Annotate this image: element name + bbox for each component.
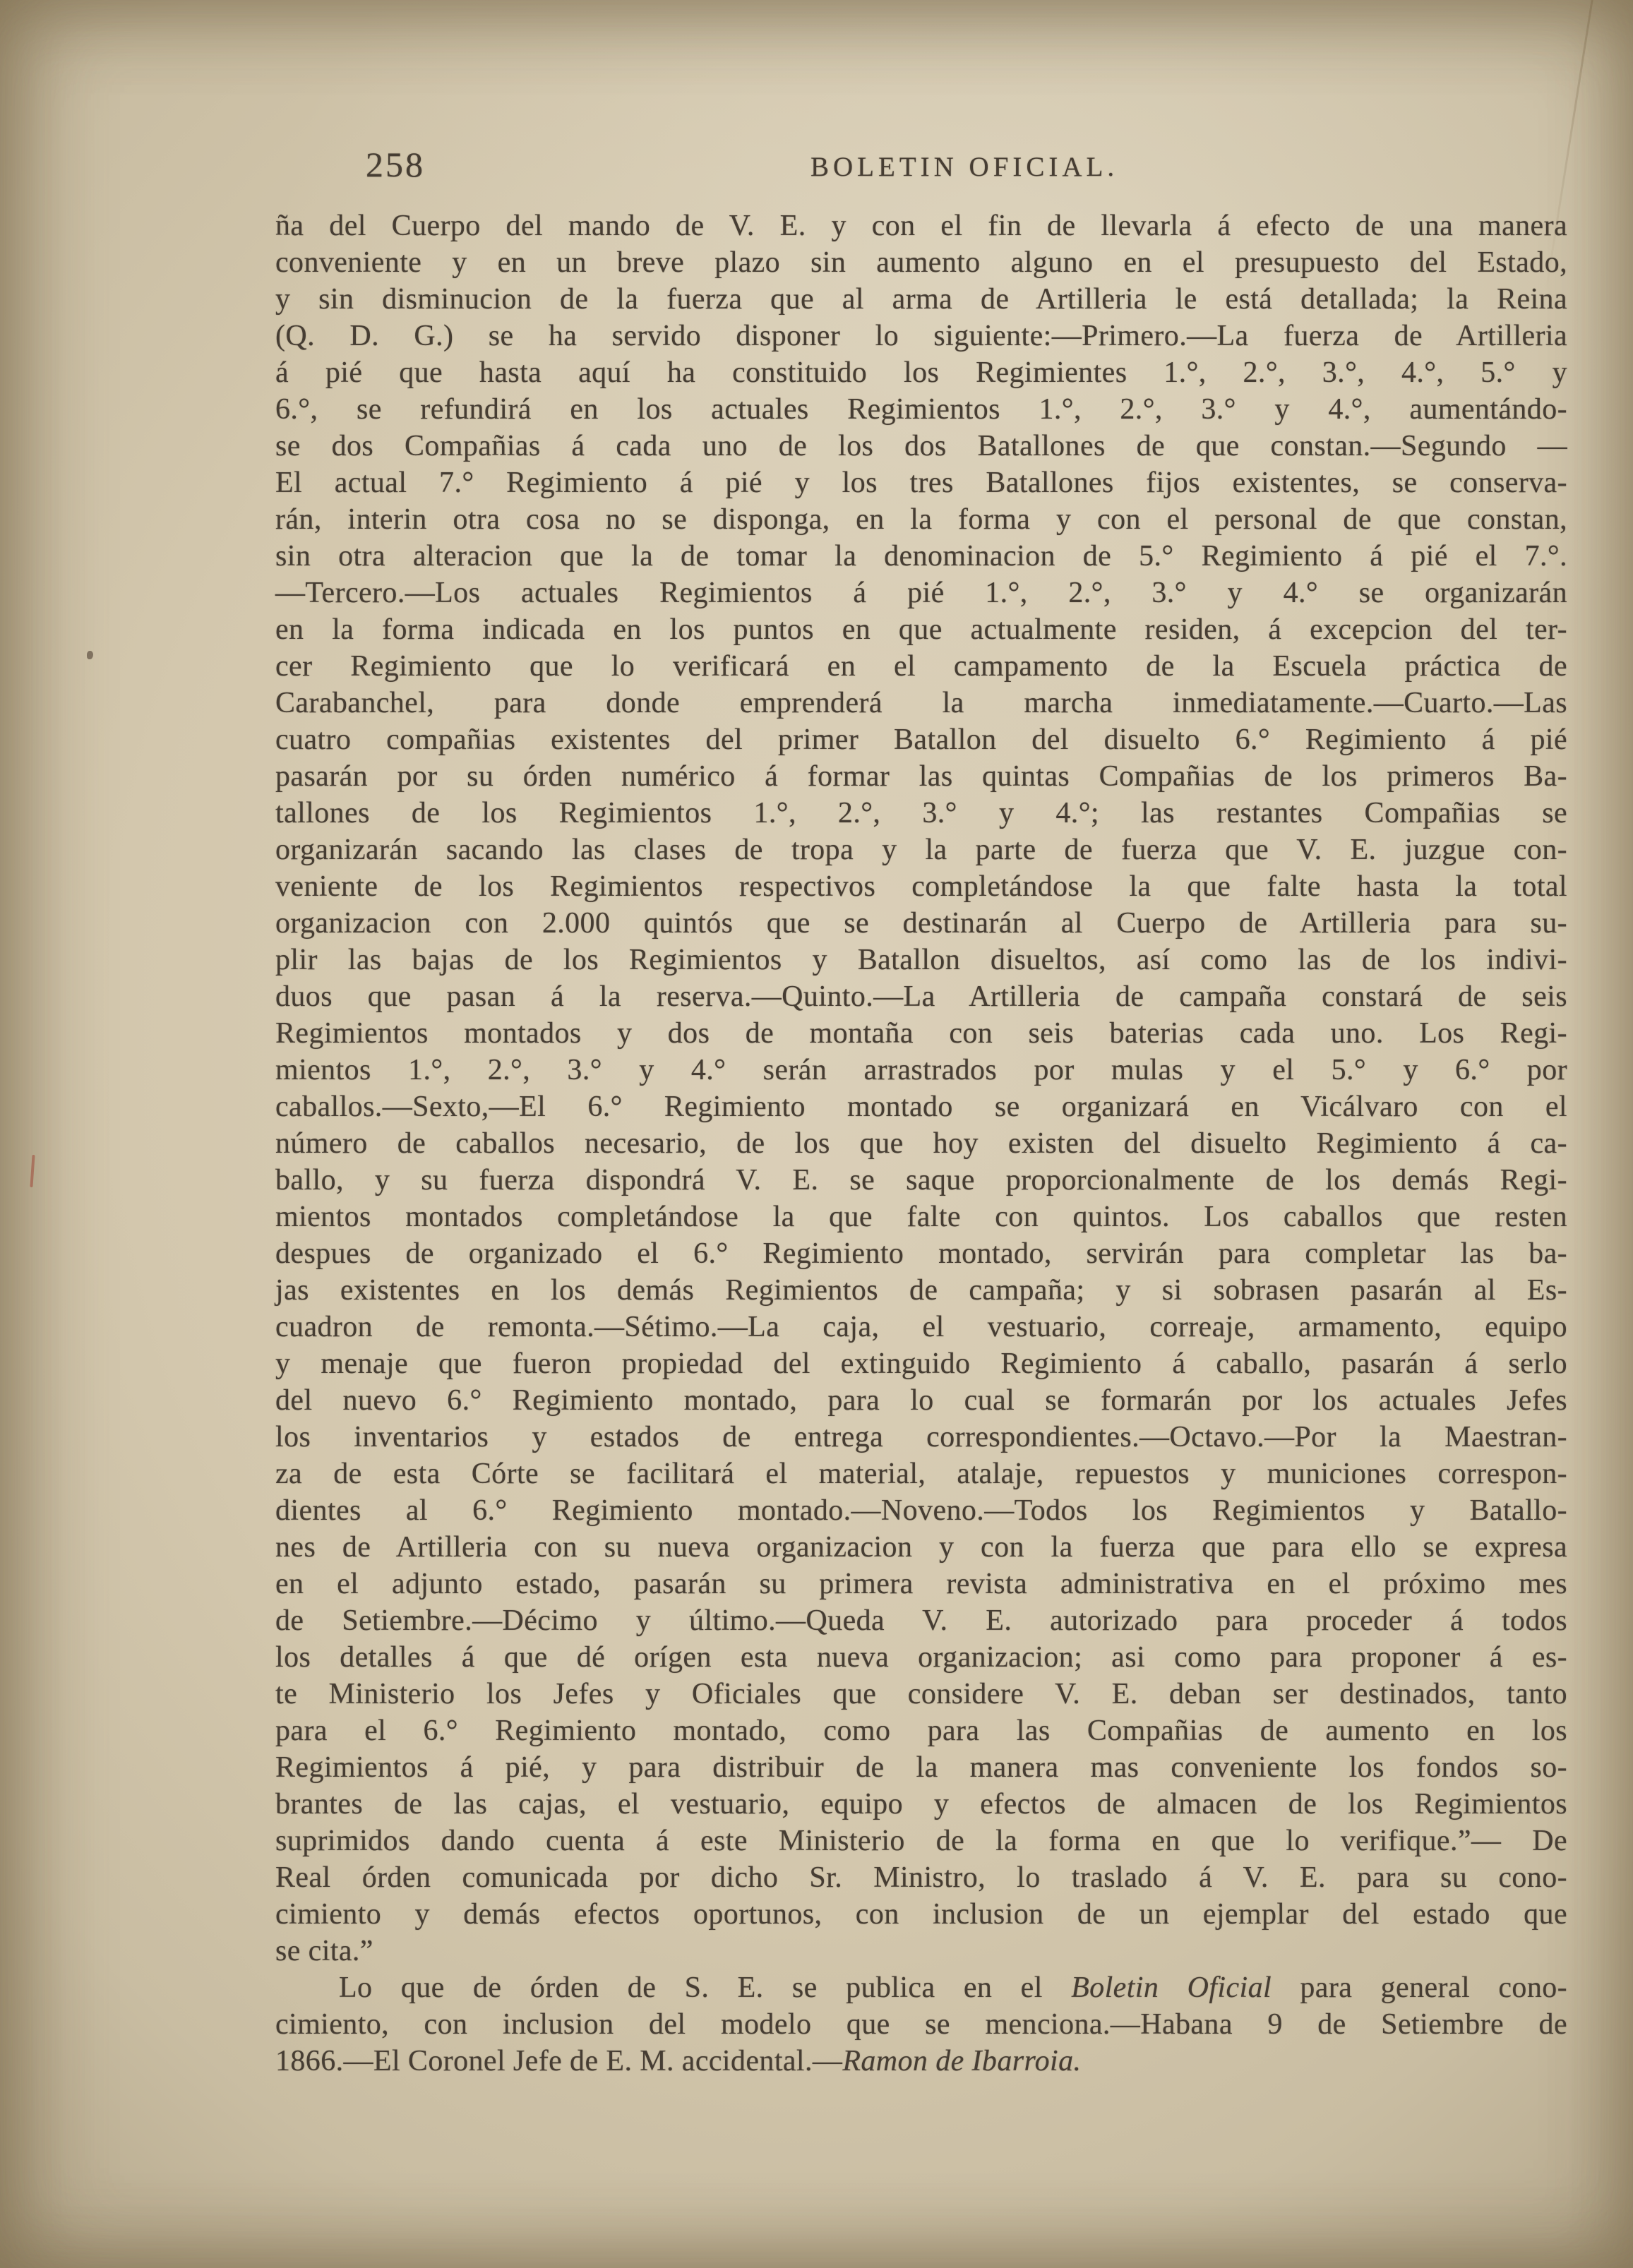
- text-line: sin otra alteracion que la de tomar la d…: [275, 538, 1567, 575]
- text-line: se dos Compañias á cada uno de los dos B…: [275, 428, 1567, 464]
- text-line: los detalles á que dé orígen esta nueva …: [275, 1639, 1567, 1676]
- page-title: BOLETIN OFICIAL.: [810, 151, 1118, 183]
- text-line: se cita.”: [275, 1933, 1567, 1969]
- text-line: ballo, y su fuerza dispondrá V. E. se sa…: [275, 1162, 1567, 1199]
- document-page: 258 BOLETIN OFICIAL. ña del Cuerpo del m…: [0, 0, 1633, 2268]
- text-line: brantes de las cajas, el vestuario, equi…: [275, 1786, 1567, 1823]
- text-line: jas existentes en los demás Regimientos …: [275, 1272, 1567, 1309]
- text-line: Carabanchel, para donde emprenderá la ma…: [275, 685, 1567, 721]
- text-line: mientos 1.°, 2.°, 3.° y 4.° serán arrast…: [275, 1052, 1567, 1088]
- text-line: nes de Artilleria con su nueva organizac…: [275, 1529, 1567, 1566]
- text-line: los inventarios y estados de entrega cor…: [275, 1419, 1567, 1456]
- text-line: en la forma indicada en los puntos en qu…: [275, 611, 1567, 648]
- text-line: pasarán por su órden numérico á formar l…: [275, 758, 1567, 795]
- closing-line-3: 1866.—El Coronel Jefe de E. M. accidenta…: [275, 2043, 1567, 2080]
- text-line: cuatro compañias existentes del primer B…: [275, 721, 1567, 758]
- text-line: Regimientos á pié, y para distribuir de …: [275, 1749, 1567, 1786]
- text-line: á pié que hasta aquí ha constituido los …: [275, 354, 1567, 391]
- text-line: El actual 7.° Regimiento á pié y los tre…: [275, 464, 1567, 501]
- text-line: rán, interin otra cosa no se disponga, e…: [275, 501, 1567, 538]
- main-paragraph: ña del Cuerpo del mando de V. E. y con e…: [275, 208, 1567, 1969]
- text-line: número de caballos necesario, de los que…: [275, 1125, 1567, 1162]
- text-line: y menaje que fueron propiedad del exting…: [275, 1345, 1567, 1382]
- text-line: duos que pasan á la reserva.—Quinto.—La …: [275, 978, 1567, 1015]
- text-line: conveniente y en un breve plazo sin aume…: [275, 244, 1567, 281]
- page-number: 258: [366, 144, 425, 185]
- text-line: za de esta Córte se facilitará el materi…: [275, 1456, 1567, 1492]
- text-line: ña del Cuerpo del mando de V. E. y con e…: [275, 208, 1567, 244]
- text-line: para el 6.° Regimiento montado, como par…: [275, 1712, 1567, 1749]
- text-line: suprimidos dando cuenta á este Ministeri…: [275, 1823, 1567, 1859]
- text-line: plir las bajas de los Regimientos y Bata…: [275, 942, 1567, 978]
- body-text: ña del Cuerpo del mando de V. E. y con e…: [275, 208, 1567, 2080]
- text-line: y sin disminucion de la fuerza que al ar…: [275, 281, 1567, 318]
- closing-line-2: cimiento, con inclusion del modelo que s…: [275, 2006, 1567, 2043]
- closing-text-post: para general cono-: [1272, 1972, 1567, 2004]
- closing-date-text: 1866.—El Coronel Jefe de E. M. accidenta…: [275, 2045, 842, 2077]
- text-line: cuadron de remonta.—Sétimo.—La caja, el …: [275, 1309, 1567, 1345]
- text-line: de Setiembre.—Décimo y último.—Queda V. …: [275, 1602, 1567, 1639]
- text-line: veniente de los Regimientos respectivos …: [275, 868, 1567, 905]
- text-line: Real órden comunicada por dicho Sr. Mini…: [275, 1859, 1567, 1896]
- text-line: cer Regimiento que lo verificará en el c…: [275, 648, 1567, 685]
- text-line: Regimientos montados y dos de montaña co…: [275, 1015, 1567, 1052]
- text-line: caballos.—Sexto,—El 6.° Regimiento monta…: [275, 1088, 1567, 1125]
- paper-speck-red: [30, 1155, 35, 1187]
- text-line: en el adjunto estado, pasarán su primera…: [275, 1566, 1567, 1602]
- text-line: dientes al 6.° Regimiento montado.—Noven…: [275, 1492, 1567, 1529]
- text-line: del nuevo 6.° Regimiento montado, para l…: [275, 1382, 1567, 1419]
- text-line: tallones de los Regimientos 1.°, 2.°, 3.…: [275, 795, 1567, 832]
- closing-line-1: Lo que de órden de S. E. se publica en e…: [275, 1969, 1567, 2006]
- text-line: organizacion con 2.000 quintós que se de…: [275, 905, 1567, 942]
- closing-text-pre: Lo que de órden de S. E. se publica en e…: [339, 1972, 1071, 2004]
- signature-italic: Ramon de Ibarroia.: [842, 2045, 1081, 2077]
- text-line: te Ministerio los Jefes y Oficiales que …: [275, 1676, 1567, 1712]
- text-line: mientos montados completándose la que fa…: [275, 1199, 1567, 1235]
- paper-speck-dark: [87, 651, 93, 659]
- text-line: despues de organizado el 6.° Regimiento …: [275, 1235, 1567, 1272]
- text-line: cimiento y demás efectos oportunos, con …: [275, 1896, 1567, 1933]
- text-line: 6.°, se refundirá en los actuales Regimi…: [275, 391, 1567, 428]
- boletin-italic-title: Boletin Oficial: [1071, 1972, 1272, 2004]
- text-line: organizarán sacando las clases de tropa …: [275, 832, 1567, 868]
- text-line: (Q. D. G.) se ha servido disponer lo sig…: [275, 318, 1567, 354]
- text-line: —Tercero.—Los actuales Regimientos á pié…: [275, 575, 1567, 611]
